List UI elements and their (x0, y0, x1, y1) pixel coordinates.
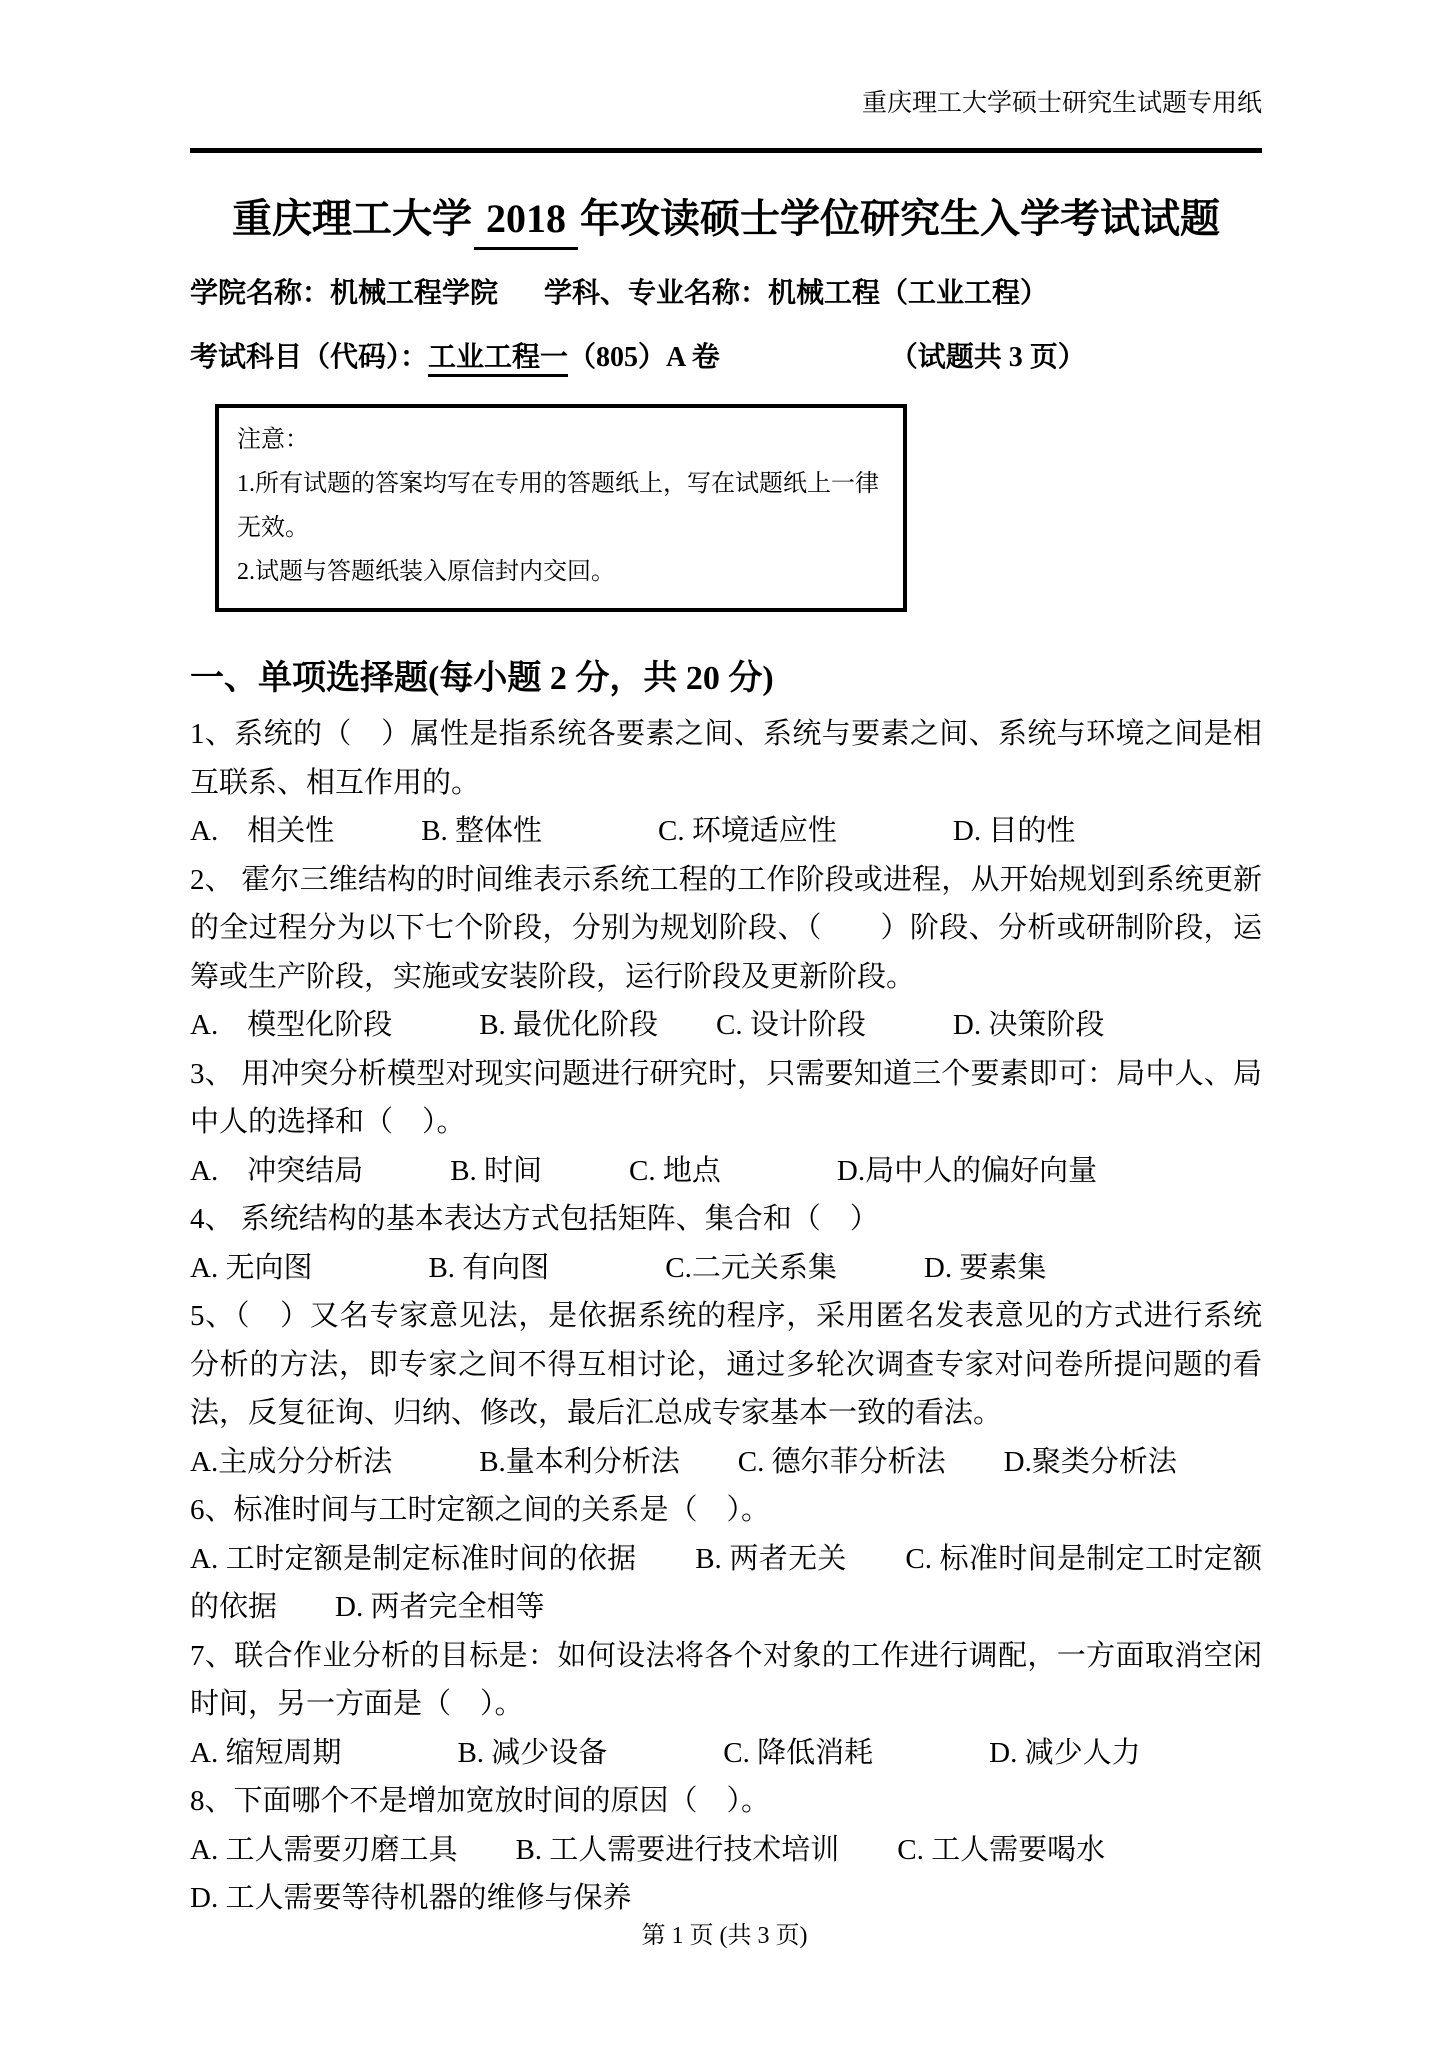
title-year: 2018 (474, 193, 578, 250)
question-options: A. 缩短周期 B. 减少设备 C. 降低消耗 D. 减少人力 (190, 1729, 1262, 1778)
header-note: 重庆理工大学硕士研究生试题专用纸 (190, 0, 1262, 120)
question-stem: 4、 系统结构的基本表达方式包括矩阵、集合和（ ） (190, 1195, 1262, 1244)
header-divider (190, 148, 1262, 153)
question-options: A. 相关性 B. 整体性 C. 环境适应性 D. 目的性 (190, 807, 1262, 856)
college-name: 学院名称：机械工程学院 (190, 278, 498, 309)
question-stem: 2、 霍尔三维结构的时间维表示系统工程的工作阶段或进程，从开始规划到系统更新的全… (190, 856, 1262, 1002)
notice-box: 注意： 1.所有试题的答案均写在专用的答题纸上，写在试题纸上一律无效。 2.试题… (215, 404, 907, 612)
notice-title: 注意： (237, 418, 885, 462)
page-content: 重庆理工大学硕士研究生试题专用纸 重庆理工大学2018年攻读硕士学位研究生入学考… (190, 0, 1262, 1923)
title-prefix: 重庆理工大学 (232, 196, 472, 241)
question-stem: 8、下面哪个不是增加宽放时间的原因（ ）。 (190, 1777, 1262, 1826)
section-heading: 一、单项选择题(每小题 2 分，共 20 分) (190, 656, 1262, 702)
info-line-subject: 考试科目（代码）：工业工程一（805）A 卷（试题共 3 页） (190, 338, 1262, 378)
exam-paper-page: 重庆理工大学硕士研究生试题专用纸 重庆理工大学2018年攻读硕士学位研究生入学考… (0, 0, 1449, 2046)
question-options: A. 工时定额是制定标准时间的依据 B. 两者无关 C. 标准时间是制定工时定额… (190, 1535, 1262, 1632)
question-stem: 3、 用冲突分析模型对现实问题进行研究时，只需要知道三个要素即可：局中人、局中人… (190, 1050, 1262, 1147)
question-options: A. 冲突结局 B. 时间 C. 地点 D.局中人的偏好向量 (190, 1147, 1262, 1196)
questions: 1、系统的（ ）属性是指系统各要素之间、系统与要素之间、系统与环境之间是相互联系… (190, 710, 1262, 1923)
question-options: A. 工人需要刃磨工具 B. 工人需要进行技术培训 C. 工人需要喝水 (190, 1826, 1262, 1875)
question-stem: 5、（ ）又名专家意见法，是依据系统的程序，采用匿名发表意见的方式进行系统分析的… (190, 1292, 1262, 1438)
info-line-college: 学院名称：机械工程学院学科、专业名称：机械工程（工业工程） (190, 274, 1262, 314)
question-options: A. 模型化阶段 B. 最优化阶段 C. 设计阶段 D. 决策阶段 (190, 1001, 1262, 1050)
question-stem: 7、联合作业分析的目标是：如何设法将各个对象的工作进行调配，一方面取消空闲时间，… (190, 1632, 1262, 1729)
question-stem: 1、系统的（ ）属性是指系统各要素之间、系统与要素之间、系统与环境之间是相互联系… (190, 710, 1262, 807)
page-footer: 第 1 页 (共 3 页) (0, 1915, 1449, 1950)
page-title: 重庆理工大学2018年攻读硕士学位研究生入学考试试题 (190, 193, 1262, 250)
subject-value: 工业工程一 (428, 342, 568, 377)
question-options: A. 无向图 B. 有向图 C.二元关系集 D. 要素集 (190, 1244, 1262, 1293)
question-stem: 6、标准时间与工时定额之间的关系是（ ）。 (190, 1486, 1262, 1535)
pages-note: （试题共 3 页） (890, 342, 1086, 373)
notice-item: 2.试题与答题纸装入原信封内交回。 (237, 550, 885, 594)
subject-label: 考试科目（代码）： (190, 342, 428, 373)
title-suffix: 年攻读硕士学位研究生入学考试试题 (580, 196, 1220, 241)
major-name: 学科、专业名称：机械工程（工业工程） (544, 278, 1048, 309)
subject-code: （805）A 卷 (568, 342, 720, 373)
notice-item: 1.所有试题的答案均写在专用的答题纸上，写在试题纸上一律无效。 (237, 462, 885, 550)
question-options: A.主成分分析法 B.量本利分析法 C. 德尔菲分析法 D.聚类分析法 (190, 1438, 1262, 1487)
